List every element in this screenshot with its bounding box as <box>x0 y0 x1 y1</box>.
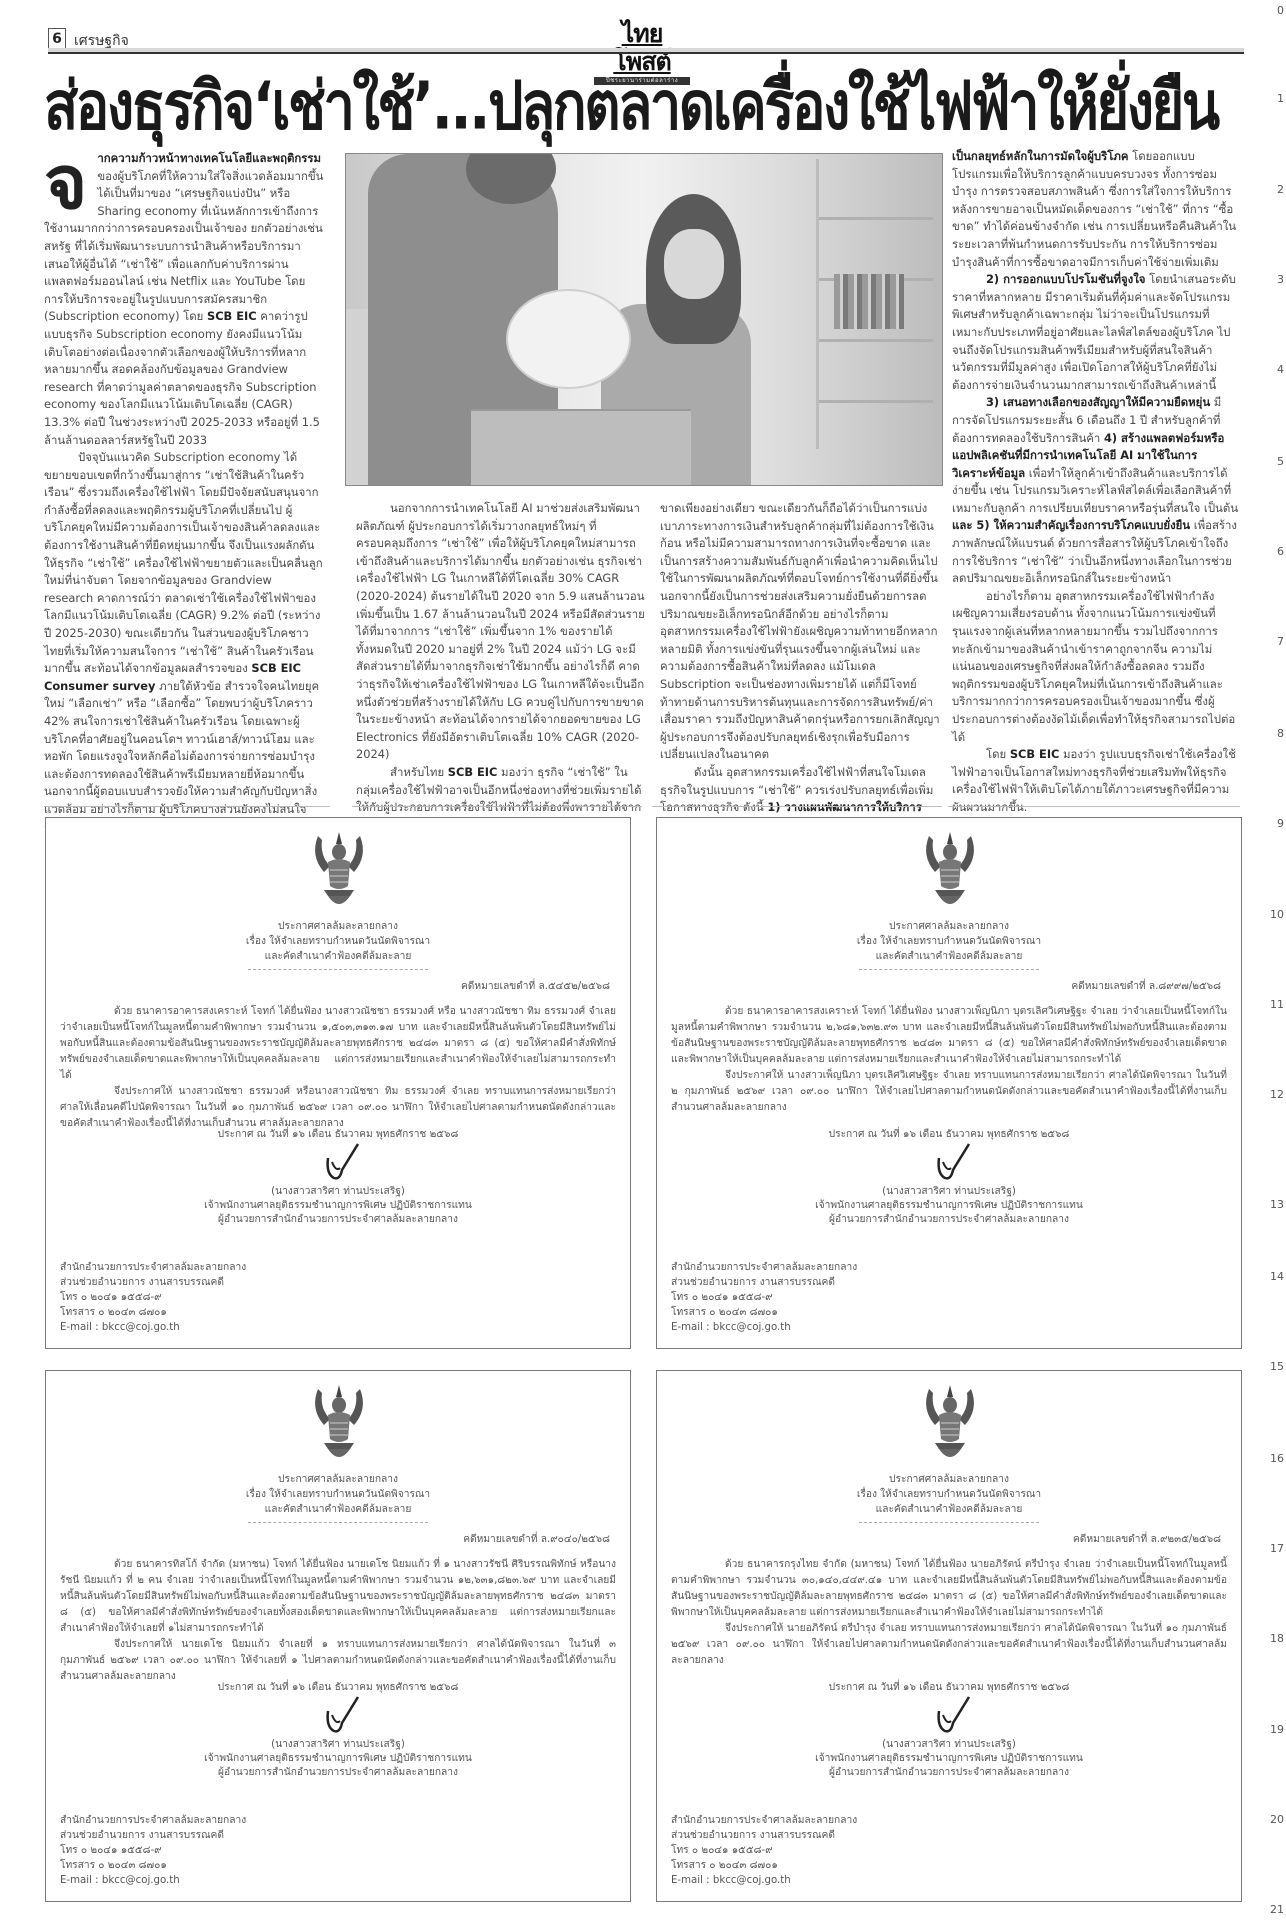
header-rule-dark <box>48 52 1244 54</box>
article-column-3: ขาดเพียงอย่างเดียว ขณะเดียวกันก็ถือได้ว่… <box>660 500 940 834</box>
garuda-emblem-icon <box>304 1379 374 1467</box>
column-rule <box>44 806 330 807</box>
notice-body: ด้วย ธนาคารกรุงไทย จำกัด (มหาชน) โจทก์ ไ… <box>671 1557 1227 1669</box>
notice-paragraph: จึงประกาศให้ นายเดโช นิยมแก้ว จำเลยที่ ๑… <box>60 1637 616 1685</box>
signer-title: เจ้าพนักงานศาลยุติธรรมชำนาญการพิเศษ ปฏิบ… <box>46 1751 630 1766</box>
notice-subject: เรื่อง ให้จำเลยทราบกำหนดวันนัดพิจารณา <box>657 934 1241 949</box>
case-number: คดีหมายเลขดำที่ ล.๙๒๓๕/๒๕๖๘ <box>1073 1531 1221 1547</box>
signature-icon <box>310 1693 370 1737</box>
notice-paragraph: จึงประกาศให้ นางสาวเพ็ญนิภา บุตรเลิศวิเศ… <box>671 1068 1227 1116</box>
division: ส่วนช่วยอำนวยการ งานสารบรรณคดี <box>671 1275 857 1290</box>
dashed-divider <box>248 969 428 970</box>
ruler-mark: 20 <box>1270 1813 1284 1826</box>
ruler-mark: 14 <box>1270 1270 1284 1283</box>
ruler-mark: 17 <box>1270 1542 1284 1555</box>
ruler-mark: 19 <box>1270 1723 1284 1736</box>
court-notice: ประกาศศาลล้มละลายกลาง เรื่อง ให้จำเลยทรา… <box>45 1370 631 1902</box>
ruler-mark: 7 <box>1277 635 1284 648</box>
ruler-mark: 16 <box>1270 1452 1284 1465</box>
signer-title: เจ้าพนักงานศาลยุติธรรมชำนาญการพิเศษ ปฏิบ… <box>657 1198 1241 1213</box>
bold-text: SCB EIC <box>207 309 257 323</box>
notice-subject-2: และคัดสำเนาคำฟ้องคดีล้มละลาย <box>46 949 630 964</box>
case-number: คดีหมายเลขดำที่ ล.๕๔๕๒/๒๕๖๘ <box>461 978 610 994</box>
ruler-mark: 0 <box>1277 4 1284 17</box>
paragraph: เป็นกลยุทธ์หลักในการมัดใจผู้บริโภค โดยออ… <box>952 148 1240 271</box>
lead-bold: ากความก้าวหน้าทางเทคโนโลยีและพฤติกรรม <box>97 151 321 165</box>
notice-contact: สำนักอำนวยการประจำศาลล้มละลายกลาง ส่วนช่… <box>671 1813 857 1888</box>
notice-title: ประกาศศาลล้มละลายกลาง <box>46 1472 630 1487</box>
notice-paragraph: จึงประกาศให้ นางสาวณัชชา ธรรมวงศ์ หรือนา… <box>60 1084 616 1132</box>
ruler-mark: 1 <box>1277 92 1284 105</box>
office: สำนักอำนวยการประจำศาลล้มละลายกลาง <box>671 1260 857 1275</box>
page-number: 6 <box>48 28 66 50</box>
notice-contact: สำนักอำนวยการประจำศาลล้มละลายกลาง ส่วนช่… <box>60 1260 246 1335</box>
dashed-divider <box>859 969 1039 970</box>
photo-cardboard-box <box>471 409 691 486</box>
dropcap: จ <box>44 152 87 214</box>
bold-text: เป็นกลยุทธ์หลักในการมัดใจผู้บริโภค <box>952 149 1128 163</box>
court-notice: ประกาศศาลล้มละลายกลาง เรื่อง ให้จำเลยทรา… <box>45 817 631 1349</box>
photo-woman-face <box>664 229 724 299</box>
notice-subject: เรื่อง ให้จำเลยทราบกำหนดวันนัดพิจารณา <box>46 934 630 949</box>
article-photo <box>345 153 943 486</box>
email: E-mail : bkcc@coj.go.th <box>671 1320 857 1335</box>
notice-paragraph: ด้วย ธนาคารทิสโก้ จำกัด (มหาชน) โจทก์ ได… <box>60 1557 616 1637</box>
paragraph: 3) เสนอทางเลือกของสัญญาให้มีความยืดหยุ่น… <box>952 394 1240 588</box>
text: โดยออกแบบโปรแกรมเพื่อให้บริการลูกค้าแบบค… <box>952 149 1236 269</box>
garuda-emblem-icon <box>304 826 374 914</box>
text: คาดว่ารูปแบบธุรกิจ Subscription economy … <box>44 309 320 446</box>
fax: โทรสาร ๐ ๒๐๔๓ ๘๗๐๑ <box>671 1858 857 1873</box>
office: สำนักอำนวยการประจำศาลล้มละลายกลาง <box>60 1260 246 1275</box>
paragraph: นอกจากการนำเทคโนโลยี AI มาช่วยส่งเสริมพั… <box>356 500 646 764</box>
phone: โทร ๐ ๒๐๔๑ ๑๕๕๘-๙ <box>671 1290 857 1305</box>
fax: โทรสาร ๐ ๒๐๔๓ ๘๗๐๑ <box>671 1305 857 1320</box>
column-rule <box>948 806 1240 807</box>
dashed-divider <box>248 1522 428 1523</box>
headline: ส่องธุรกิจ‘เช่าใช้’...ปลุกตลาดเครื่องใช้… <box>44 60 1244 154</box>
case-number: คดีหมายเลขดำที่ ล.๙๐๔๐/๒๕๖๘ <box>463 1531 610 1547</box>
ruler-mark: 3 <box>1277 273 1284 286</box>
office: สำนักอำนวยการประจำศาลล้มละลายกลาง <box>671 1813 857 1828</box>
ruler-mark: 10 <box>1270 908 1284 921</box>
signer-title-2: ผู้อำนวยการสำนักอำนวยการประจำศาลล้มละลาย… <box>657 1212 1241 1227</box>
garuda-emblem-icon <box>915 1379 985 1467</box>
bold-text: SCB EIC <box>448 765 498 779</box>
notice-body: ด้วย ธนาคารอาคารสงเคราะห์ โจทก์ ได้ยื่นฟ… <box>60 1004 616 1132</box>
signer-title: เจ้าพนักงานศาลยุติธรรมชำนาญการพิเศษ ปฏิบ… <box>46 1198 630 1213</box>
email: E-mail : bkcc@coj.go.th <box>671 1873 857 1888</box>
notice-paragraph: ด้วย ธนาคารอาคารสงเคราะห์ โจทก์ ได้ยื่นฟ… <box>60 1004 616 1084</box>
garuda-emblem-icon <box>915 826 985 914</box>
email: E-mail : bkcc@coj.go.th <box>60 1320 246 1335</box>
notice-body: ด้วย ธนาคารทิสโก้ จำกัด (มหาชน) โจทก์ ได… <box>60 1557 616 1685</box>
notice-contact: สำนักอำนวยการประจำศาลล้มละลายกลาง ส่วนช่… <box>671 1260 857 1335</box>
notice-title: ประกาศศาลล้มละลายกลาง <box>46 919 630 934</box>
phone: โทร ๐ ๒๐๔๑ ๑๕๕๘-๙ <box>671 1843 857 1858</box>
text: ปัจจุบันแนวคิด Subscription economy ได้ข… <box>44 450 323 675</box>
notice-subject: เรื่อง ให้จำเลยทราบกำหนดวันนัดพิจารณา <box>46 1487 630 1502</box>
ruler-mark: 5 <box>1277 455 1284 468</box>
signer-title-2: ผู้อำนวยการสำนักอำนวยการประจำศาลล้มละลาย… <box>657 1765 1241 1780</box>
notice-paragraph: ด้วย ธนาคารอาคารสงเคราะห์ โจทก์ ได้ยื่นฟ… <box>671 1004 1227 1068</box>
court-notice: ประกาศศาลล้มละลายกลาง เรื่อง ให้จำเลยทรา… <box>656 817 1242 1349</box>
ruler-mark: 12 <box>1270 1088 1284 1101</box>
signer-name: (นางสาวสาริศา ท่านประเสริฐ) <box>46 1737 630 1752</box>
bold-text: และ 5) ให้ความสำคัญเรื่องการบริโภคแบบยั่… <box>952 518 1190 532</box>
notice-paragraph: จึงประกาศให้ นายอภิรัตน์ ตรีบำรุง จำเลย … <box>671 1621 1227 1669</box>
masthead: 6 เศรษฐกิจ ไทยโพสต์ ปี่ชระยานาร่ามต่อลาร… <box>48 20 1244 60</box>
office: สำนักอำนวยการประจำศาลล้มละลายกลาง <box>60 1813 246 1828</box>
court-notice: ประกาศศาลล้มละลายกลาง เรื่อง ให้จำเลยทรา… <box>656 1370 1242 1902</box>
phone: โทร ๐ ๒๐๔๑ ๑๕๕๘-๙ <box>60 1290 246 1305</box>
paragraph: ขาดเพียงอย่างเดียว ขณะเดียวกันก็ถือได้ว่… <box>660 500 940 764</box>
column-rule <box>352 806 642 807</box>
phone: โทร ๐ ๒๐๔๑ ๑๕๕๘-๙ <box>60 1843 246 1858</box>
ruler-mark: 21 <box>1270 1903 1284 1916</box>
notice-title: ประกาศศาลล้มละลายกลาง <box>657 1472 1241 1487</box>
division: ส่วนช่วยอำนวยการ งานสารบรรณคดี <box>671 1828 857 1843</box>
signer-title-2: ผู้อำนวยการสำนักอำนวยการประจำศาลล้มละลาย… <box>46 1212 630 1227</box>
robot-vacuum <box>506 289 631 389</box>
article-column-1: จ ากความก้าวหน้าทางเทคโนโลยีและพฤติกรรม … <box>44 150 324 854</box>
notice-contact: สำนักอำนวยการประจำศาลล้มละลายกลาง ส่วนช่… <box>60 1813 246 1888</box>
text: โดย <box>986 747 1006 761</box>
article-column-4: เป็นกลยุทธ์หลักในการมัดใจผู้บริโภค โดยออ… <box>952 148 1240 817</box>
paragraph: 2) การออกแบบโปรโมชันที่จูงใจ โดยนำเสนอระ… <box>952 271 1240 394</box>
bold-text: SCB EIC <box>1010 747 1060 761</box>
page-ruler: 0 1 2 3 4 5 6 7 8 9 10 11 12 13 14 15 16… <box>1268 0 1286 1920</box>
division: ส่วนช่วยอำนวยการ งานสารบรรณคดี <box>60 1275 246 1290</box>
ruler-mark: 8 <box>1277 727 1284 740</box>
photo-books <box>834 274 904 329</box>
fax: โทรสาร ๐ ๒๐๔๓ ๘๗๐๑ <box>60 1858 246 1873</box>
notice-paragraph: ด้วย ธนาคารกรุงไทย จำกัด (มหาชน) โจทก์ ไ… <box>671 1557 1227 1621</box>
signer-name: (นางสาวสาริศา ท่านประเสริฐ) <box>657 1737 1241 1752</box>
email: E-mail : bkcc@coj.go.th <box>60 1873 246 1888</box>
signature-icon <box>310 1140 370 1184</box>
ruler-mark: 6 <box>1277 545 1284 558</box>
notice-subject-2: และคัดสำเนาคำฟ้องคดีล้มละลาย <box>46 1502 630 1517</box>
ruler-mark: 2 <box>1277 183 1284 196</box>
notice-subject-2: และคัดสำเนาคำฟ้องคดีล้มละลาย <box>657 949 1241 964</box>
ruler-mark: 18 <box>1270 1632 1284 1645</box>
text: โดยนำเสนอระดับราคาที่หลากหลาย มีราคาเริ่… <box>952 272 1236 392</box>
notice-subject: เรื่อง ให้จำเลยทราบกำหนดวันนัดพิจารณา <box>657 1487 1241 1502</box>
fax: โทรสาร ๐ ๒๐๔๓ ๘๗๐๑ <box>60 1305 246 1320</box>
signature-icon <box>921 1140 981 1184</box>
paragraph: ปัจจุบันแนวคิด Subscription economy ได้ข… <box>44 449 324 854</box>
signer-title-2: ผู้อำนวยการสำนักอำนวยการประจำศาลล้มละลาย… <box>46 1765 630 1780</box>
ruler-mark: 11 <box>1270 998 1284 1011</box>
dashed-divider <box>859 1522 1039 1523</box>
ruler-mark: 13 <box>1270 1198 1284 1211</box>
bold-text: 2) การออกแบบโปรโมชันที่จูงใจ <box>986 272 1145 286</box>
column-rule <box>652 806 942 807</box>
ruler-mark: 15 <box>1270 1360 1284 1373</box>
division: ส่วนช่วยอำนวยการ งานสารบรรณคดี <box>60 1828 246 1843</box>
ruler-mark: 4 <box>1277 363 1284 376</box>
case-number: คดีหมายเลขดำที่ ล.๘๙๙๗/๒๕๖๘ <box>1071 978 1221 994</box>
notice-subject-2: และคัดสำเนาคำฟ้องคดีล้มละลาย <box>657 1502 1241 1517</box>
text: สำหรับไทย <box>390 765 444 779</box>
notice-body: ด้วย ธนาคารอาคารสงเคราะห์ โจทก์ ได้ยื่นฟ… <box>671 1004 1227 1116</box>
signer-name: (นางสาวสาริศา ท่านประเสริฐ) <box>46 1184 630 1199</box>
notice-title: ประกาศศาลล้มละลายกลาง <box>657 919 1241 934</box>
bold-text: 3) เสนอทางเลือกของสัญญาให้มีความยืดหยุ่น <box>986 395 1210 409</box>
article-column-2: นอกจากการนำเทคโนโลยี AI มาช่วยส่งเสริมพั… <box>356 500 646 834</box>
signer-name: (นางสาวสาริศา ท่านประเสริฐ) <box>657 1184 1241 1199</box>
paragraph: อย่างไรก็ตาม อุตสาหกรรมเครื่องใช้ไฟฟ้ากำ… <box>952 588 1240 746</box>
ruler-mark: 9 <box>1277 817 1284 830</box>
signature-icon <box>921 1693 981 1737</box>
signer-title: เจ้าพนักงานศาลยุติธรรมชำนาญการพิเศษ ปฏิบ… <box>657 1751 1241 1766</box>
